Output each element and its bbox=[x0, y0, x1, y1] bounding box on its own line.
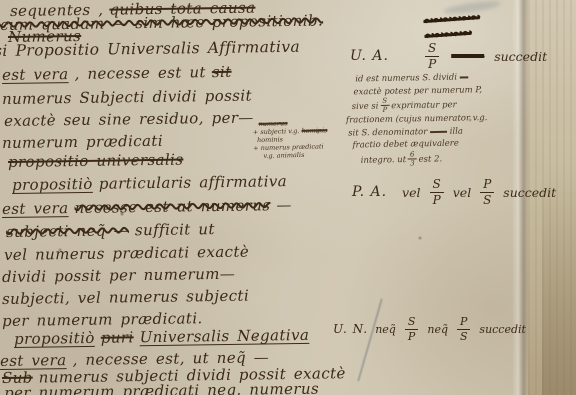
fraction-denominator: S bbox=[460, 330, 468, 343]
underlined-text: est vera bbox=[2, 199, 69, 218]
fraction-numerator: S bbox=[425, 42, 439, 57]
underlined-text: propositiò bbox=[14, 329, 95, 348]
explanatory-note: id est numerus S. dividi — exactè potest… bbox=[345, 70, 525, 168]
fraction-denominator: 3 bbox=[410, 159, 415, 167]
fraction-denominator: P bbox=[408, 330, 415, 343]
manuscript-line: est veranecesse est ut numerus— bbox=[2, 196, 292, 219]
particular-affirmative-formula: P. A. vel S P vel P S succedit bbox=[352, 178, 556, 206]
deleted-text: subjecti neq̃ — bbox=[6, 221, 129, 241]
fraction-numerator: S bbox=[405, 316, 419, 330]
universal-negative-formula: U. N. neq̃ S P neq̃ P S succedit bbox=[333, 316, 526, 342]
text-segment: subjecti, vel numerus subjecti bbox=[2, 287, 249, 308]
fraction-p-over-s: P S bbox=[457, 316, 470, 342]
deleted-text: —— bbox=[430, 126, 447, 136]
manuscript-line: subjecti neq̃ —sufficit ut bbox=[6, 220, 215, 242]
fraction-numerator: P bbox=[457, 316, 470, 330]
deleted-text: sit bbox=[212, 63, 232, 81]
deleted-text: hominis bbox=[301, 126, 327, 135]
un-label: U. N. bbox=[333, 322, 368, 336]
text-segment: vel numerus prædicati exactè bbox=[4, 243, 249, 264]
deleted-text: necesse est ut numerus bbox=[74, 196, 270, 217]
fraction-p-over-s: P S bbox=[480, 178, 494, 206]
fraction-denominator: P bbox=[428, 57, 436, 71]
text-segment: illa bbox=[450, 126, 463, 136]
text-segment: fractio debet æquivalere bbox=[352, 139, 459, 151]
text-segment: neq̃ bbox=[427, 323, 448, 336]
fraction-6-over-3: 63 bbox=[408, 151, 417, 167]
manuscript-line: propositiòparticularis affirmativa bbox=[12, 172, 287, 195]
text-segment: v.g. animalis bbox=[263, 151, 304, 160]
text-segment: succedit bbox=[494, 49, 547, 64]
text-segment: integro. ut bbox=[361, 155, 407, 166]
text-segment: dividi possit per numerum— bbox=[2, 265, 235, 286]
universal-affirmative-formula: U. A. S P ——— succedit bbox=[350, 42, 547, 70]
underlined-text: Universalis Negativa bbox=[139, 326, 309, 346]
text-segment: vel bbox=[402, 185, 420, 200]
margin-note: numerus + subjecti v.g. hominis hominis … bbox=[252, 118, 345, 160]
text-segment: exprimatur per bbox=[391, 100, 457, 111]
text-segment: , necesse est ut bbox=[74, 63, 206, 83]
fraction-denominator: S bbox=[483, 193, 491, 207]
manuscript-line: est vera, necesse est utsit bbox=[2, 63, 232, 85]
text-segment: si Propositio Universalis Affirmativa bbox=[0, 38, 300, 60]
text-segment: est 2. bbox=[418, 154, 442, 164]
text-segment: id est numerus S. dividi bbox=[355, 73, 457, 85]
text-segment: exactè potest per numerum P, bbox=[353, 85, 482, 97]
manuscript-line: subjecti, vel numerus subjecti bbox=[2, 287, 249, 309]
fraction-s-over-p: SP bbox=[380, 98, 389, 114]
fraction-s-over-p: S P bbox=[430, 178, 444, 206]
text-segment: sive si bbox=[352, 101, 379, 111]
text-segment: exactè seu sine residuo, per— bbox=[4, 109, 254, 130]
manuscript-line: numerus Subjecti dividi possit bbox=[2, 87, 252, 109]
fraction-denominator: P bbox=[382, 106, 387, 114]
fraction-numerator: 6 bbox=[408, 151, 417, 159]
underlined-text: propositiò bbox=[12, 175, 93, 194]
text-segment: vel bbox=[453, 185, 471, 200]
text-segment: neq̃ bbox=[375, 323, 396, 336]
underlined-text: est vera bbox=[2, 65, 69, 84]
manuscript-photo: sequentes ,quibus tota causa cum quadam … bbox=[0, 0, 576, 395]
text-segment: succedit bbox=[503, 185, 556, 200]
deleted-text: propositio universalis bbox=[8, 151, 184, 171]
fraction-numerator: S bbox=[380, 98, 389, 106]
manuscript-line: vel numerus prædicati exactè bbox=[4, 243, 249, 265]
fraction-denominator: P bbox=[433, 193, 441, 207]
text-segment: numerum prædicati bbox=[2, 132, 163, 152]
manuscript-line: exactè seu sine residuo, per— bbox=[4, 109, 254, 131]
text-segment: particularis affirmativa bbox=[99, 172, 288, 193]
underlined-text: est vera bbox=[0, 351, 67, 370]
text-segment: numerus Subjecti dividi possit bbox=[2, 87, 252, 108]
manuscript-line: dividi possit per numerum— bbox=[2, 265, 236, 287]
pa-label: P. A. bbox=[352, 184, 387, 200]
fraction-numerator: P bbox=[480, 178, 494, 193]
text-segment: sit S. denominator bbox=[348, 127, 427, 138]
deleted-text: puri bbox=[101, 328, 134, 346]
deleted-text: ——— bbox=[451, 49, 484, 63]
fraction-s-over-p: S P bbox=[405, 316, 419, 342]
manuscript-line: numerum prædicati bbox=[2, 132, 163, 153]
text-segment: fractionem (cujus numerator v.g. bbox=[346, 113, 488, 125]
ua-label: U. A. bbox=[350, 48, 389, 64]
text-segment: succedit bbox=[479, 323, 526, 336]
text-segment: sufficit ut bbox=[135, 220, 215, 239]
manuscript-line: propositio universalis bbox=[8, 151, 184, 172]
text-segment: — bbox=[276, 196, 292, 214]
fraction-numerator: S bbox=[430, 178, 444, 193]
deleted-text: — bbox=[460, 72, 469, 82]
fraction-s-over-p: S P bbox=[425, 42, 439, 70]
